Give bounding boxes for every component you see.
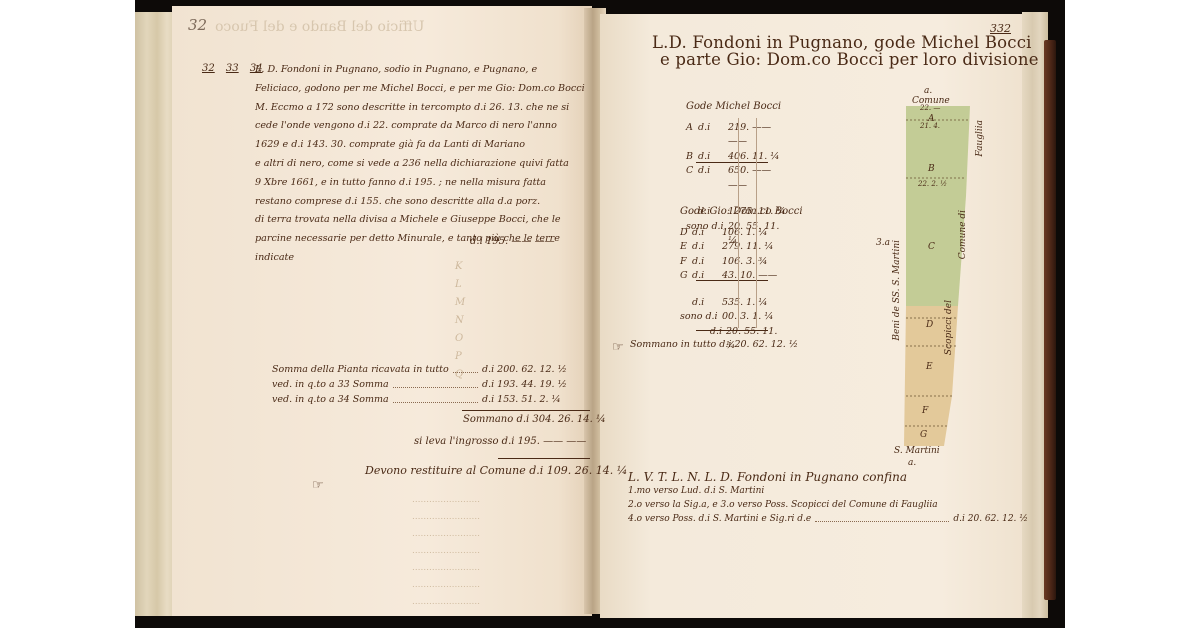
book-cover-edge (1044, 40, 1056, 600)
plot-label-B: B (928, 164, 935, 174)
body-line: cede l'onde vengono d.i 22. comprate da … (255, 117, 585, 136)
book-left-page-stack (135, 12, 175, 616)
final-balance: Devono restituire al Comune d.i 109. 26.… (365, 464, 627, 477)
plot-label-E: E (926, 362, 933, 372)
body-total: d.i 195. —— —— (470, 236, 555, 247)
page-title: L.D. Fondoni in Pugnano, gode Michel Boc… (652, 34, 1039, 68)
sum-row: ved. in q.to a 34 Somma d.i 153. 51. 2. … (272, 392, 592, 407)
table-row: Cd.i650. —— —— (686, 164, 788, 193)
parcel-ref: 33 (226, 63, 239, 74)
body-line: e altri di nero, come si vede a 236 nell… (255, 155, 585, 174)
plot-label-D: D (926, 320, 933, 330)
sums-block: Somma della Pianta ricavata in tutto d.i… (272, 362, 592, 407)
map-neighbor-bottom: S. Martini (894, 446, 940, 456)
body-line: Feliciaco, godono per me Michel Bocci, e… (255, 80, 585, 99)
body-line: di terra trovata nella divisa a Michele … (255, 211, 585, 230)
body-line: L. D. Fondoni in Pugnano, sodio in Pugna… (255, 61, 585, 80)
manicule-pointing-hand-icon: ☞ (612, 340, 624, 355)
grand-total: Sommano in tutto d.i 20. 62. 12. ½ (630, 338, 798, 353)
manicule-pointing-hand-icon: ☞ (312, 478, 324, 493)
body-line: M. Eccmo a 172 sono descritte in tercomp… (255, 99, 585, 118)
body-line: 9 Xbre 1661, e in tutto fanno d.i 195. ;… (255, 174, 585, 193)
body-line: restano comprese d.i 155. che sono descr… (255, 193, 585, 212)
table-row: Gd.i43. 10. —— (680, 269, 803, 284)
deduction-rule (498, 458, 590, 459)
table-row: Ad.i219. —— —— (686, 121, 788, 150)
table-row: Ed.i279. 11. ¼ (680, 240, 803, 255)
plot-label-G: G (920, 430, 927, 440)
table-total: d.i535. 1. ¼ (680, 296, 803, 311)
sum-total: Sommano d.i 304. 26. 14. ¼ (463, 414, 606, 425)
body-line: 1629 e d.i 143. 30. comprate già fa da L… (255, 136, 585, 155)
table-row: Fd.i106. 3. ¾ (680, 255, 803, 270)
map-neighbor-right: Faugliia (975, 120, 985, 157)
parcel-ref: 32 (202, 63, 215, 74)
plot-label-F: F (922, 406, 928, 416)
table-sono: sono d.i00. 3. 1. ¼ (680, 310, 803, 325)
parcel-map: A B C D E F G 22. — 21. 4. 22. 2. ½ (904, 106, 974, 446)
map-neighbor-left: Beni de SS. S. Martini (892, 240, 902, 341)
body-line: indicate (255, 249, 585, 268)
plot-label-C: C (928, 242, 935, 252)
bleed-through-text-bottom: …………………………………………………………………………………………………………… (260, 492, 480, 611)
deduction: si leva l'ingrosso d.i 195. —— —— (414, 436, 586, 447)
sum-row: Somma della Pianta ricavata in tutto d.i… (272, 362, 592, 377)
boundary-notes: L. V. T. L. N. L. D. Fondoni in Pugnano … (628, 470, 1028, 526)
bleed-through-heading: Ufficio del Bando e del Fuoco (215, 19, 424, 35)
sum-rule (462, 410, 590, 411)
sum-row: ved. in q.to a 33 Somma d.i 193. 44. 19.… (272, 377, 592, 392)
left-folio-number: 32 (188, 16, 207, 34)
table-row: Dd.i106. 1. ¼ (680, 226, 803, 241)
